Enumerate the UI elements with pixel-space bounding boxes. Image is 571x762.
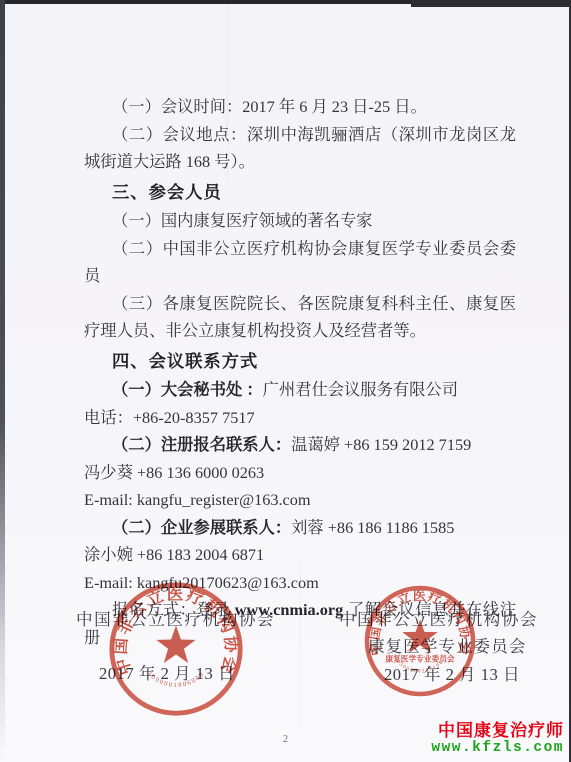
doc-line-exhibitor-contact-2: 涂小婉 +86 183 2004 6871 [84,541,516,569]
doc-line-register-contact: （二）注册报名联系人：温蔼婷 +86 159 2012 7159 [84,431,516,459]
doc-text: （一）国内康复医疗领域的著名专家 [112,211,373,230]
doc-line-register-email: E-mail: kangfu_register@163.com [84,486,516,514]
doc-text: 广州君仕会议服务有限公司 [263,380,458,399]
section-heading-contacts: 四、会议联系方式 [84,348,516,376]
doc-line-participants-2: （二）中国非公立医疗机构协会康复医学专业委员会委员 [84,235,516,290]
left-signature-org: 中国非公立医疗机构协会 [76,606,275,630]
watermark-url: www.kfzls.com [431,740,564,757]
doc-line-exhibitor-email: E-mail: kangfu20170623@163.com [84,569,516,597]
document-body: （一）会议时间：2017 年 6 月 23 日-25 日。 （二）会议地点：深圳… [84,93,516,651]
watermark-title: 中国康复治疗师 [431,721,564,741]
doc-text: （一）会议时间：2017 年 6 月 23 日-25 日。 [112,97,427,116]
heading-text: 四、会议联系方式 [112,351,258,371]
scan-edge-left [0,0,5,762]
right-signature-committee: 康复医学专业委员会 [368,633,526,657]
right-signature-date: 2017 年 2 月 13 日 [384,661,520,685]
doc-text: 温蔼婷 +86 159 2012 7159 [291,435,471,454]
section-heading-participants: 三、参会人员 [84,179,516,207]
scanned-document-page: （一）会议时间：2017 年 6 月 23 日-25 日。 （二）会议地点：深圳… [0,0,571,762]
doc-label: （一）大会秘书处 ： [112,380,263,399]
doc-text: E-mail: kangfu_register@163.com [84,490,311,509]
doc-text: （二）中国非公立医疗机构协会康复医学专业委员会委员 [84,239,516,286]
doc-text: 冯少葵 +86 136 6000 0263 [84,463,264,482]
scan-edge-top-right [411,0,571,7]
doc-text: 电话：+86-20-8357 7517 [84,408,255,427]
heading-text: 三、参会人员 [112,182,222,202]
right-signature-org: 中国非公立医疗机构协会 [339,606,538,630]
doc-line-meeting-time: （一）会议时间：2017 年 6 月 23 日-25 日。 [84,93,516,121]
doc-line-secretariat: （一）大会秘书处 ：广州君仕会议服务有限公司 [84,376,516,404]
doc-text: （三）各康复医院院长、各医院康复科科主任、康复医疗理人员、非公立康复机构投资人及… [84,294,516,341]
doc-label: （二）注册报名联系人： [112,435,291,454]
doc-line-phone: 电话：+86-20-8357 7517 [84,404,516,432]
doc-label: （二）企业参展联系人： [112,518,291,537]
doc-text: （二）会议地点：深圳中海凯骊酒店（深圳市龙岗区龙城街道大运路 168 号）。 [84,125,516,172]
site-watermark: 中国康复治疗师 www.kfzls.com [431,721,564,757]
doc-line-exhibitor-contact: （二）企业参展联系人：刘蓉 +86 186 1186 1585 [84,514,516,542]
doc-line-participants-1: （一）国内康复医疗领域的著名专家 [84,207,516,235]
doc-line-participants-3: （三）各康复医院院长、各医院康复科科主任、康复医疗理人员、非公立康复机构投资人及… [84,290,516,345]
doc-text: E-mail: kangfu20170623@163.com [84,573,319,592]
doc-text: 刘蓉 +86 186 1186 1585 [291,518,454,537]
doc-text: 涂小婉 +86 183 2004 6871 [84,545,264,564]
doc-line-meeting-place: （二）会议地点：深圳中海凯骊酒店（深圳市龙岗区龙城街道大运路 168 号）。 [84,121,516,176]
left-signature-date: 2017 年 2 月 13 日 [99,660,235,684]
doc-line-register-contact-2: 冯少葵 +86 136 6000 0263 [84,459,516,487]
